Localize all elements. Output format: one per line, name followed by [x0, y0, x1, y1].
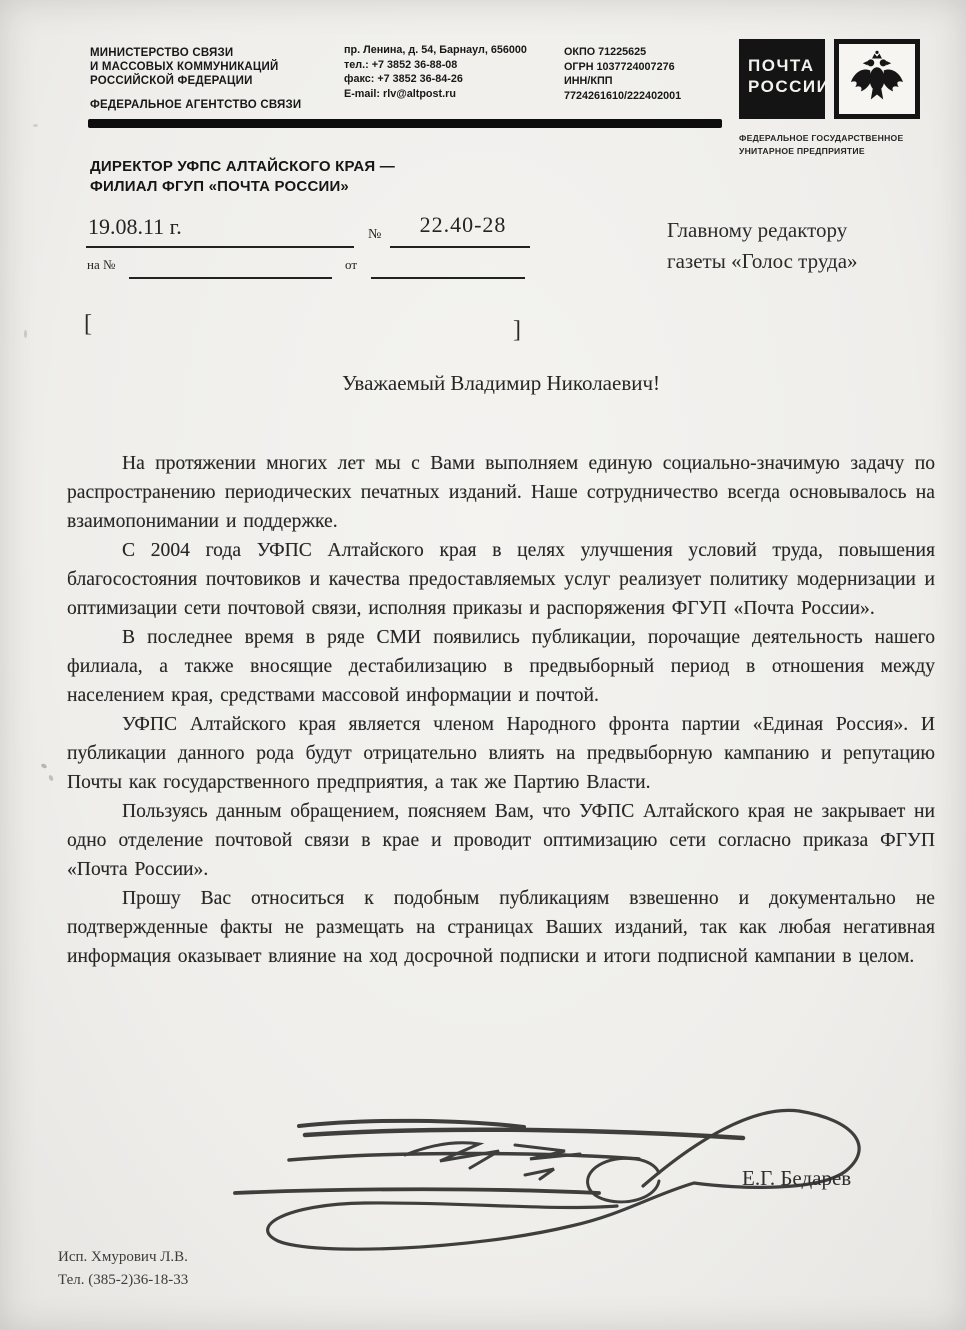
sender-block: ДИРЕКТОР УФПС АЛТАЙСКОГО КРАЯ — ФИЛИАЛ Ф…: [90, 157, 395, 196]
executor-name: Исп. Хмурович Л.В.: [58, 1246, 188, 1269]
ministry-line: РОССИЙСКОЙ ФЕДЕРАЦИИ: [90, 74, 278, 88]
ministry-line: И МАССОВЫХ КОММУНИКАЦИЙ: [90, 60, 278, 74]
recipient-line: газеты «Голос труда»: [667, 246, 858, 277]
executor-block: Исп. Хмурович Л.В. Тел. (385-2)36-18-33: [58, 1246, 188, 1291]
caption-line: ФЕДЕРАЛЬНОЕ ГОСУДАРСТВЕННОЕ: [739, 132, 931, 145]
letter-date: 19.08.11 г.: [88, 214, 182, 240]
ogrn-code: ОГРН 1037724007276: [564, 60, 681, 75]
brand-line: РОССИИ: [748, 76, 825, 97]
codes-block: ОКПО 71225625 ОГРН 1037724007276 ИНН/КПП…: [564, 45, 681, 103]
sender-line: ДИРЕКТОР УФПС АЛТАЙСКОГО КРАЯ —: [90, 157, 395, 177]
pochta-rossii-logo: ПОЧТА РОССИИ: [739, 39, 931, 158]
address-bracket-open: [: [84, 311, 92, 338]
scan-speckle: [33, 124, 38, 127]
pochta-rossii-wordmark: ПОЧТА РОССИИ: [739, 39, 825, 119]
on-number-label: на №: [87, 257, 115, 273]
logo-caption: ФЕДЕРАЛЬНОЕ ГОСУДАРСТВЕННОЕ УНИТАРНОЕ ПР…: [739, 132, 931, 158]
scan-speckle: [40, 763, 47, 769]
header-divider-bar: [88, 119, 722, 128]
body-paragraph: Пользуясь данным обращением, поясняем Ва…: [67, 797, 935, 884]
executor-phone: Тел. (385-2)36-18-33: [58, 1269, 188, 1292]
body-paragraph: Прошу Вас относиться к подобным публикац…: [67, 884, 935, 971]
brand-line: ПОЧТА: [748, 55, 825, 76]
on-number-blank-line: [129, 277, 332, 279]
contact-fax: факс: +7 3852 36-84-26: [344, 72, 527, 87]
letter-number: 22.40-28: [396, 212, 530, 238]
inn-kpp-code: 7724261610/222402001: [564, 89, 681, 104]
from-label: от: [345, 257, 357, 273]
scan-speckle: [24, 330, 27, 338]
salutation: Уважаемый Владимир Николаевич!: [67, 371, 935, 396]
scan-speckle: [48, 774, 54, 781]
signatory-name: Е.Г. Бедарев: [742, 1166, 851, 1191]
scanned-letter-page: МИНИСТЕРСТВО СВЯЗИ И МАССОВЫХ КОММУНИКАЦ…: [0, 0, 966, 1330]
address-bracket-close: ]: [513, 317, 521, 344]
double-eagle-icon: [834, 39, 920, 119]
inn-kpp-label: ИНН/КПП: [564, 74, 681, 89]
recipient-block: Главному редактору газеты «Голос труда»: [667, 215, 858, 277]
body-paragraph: С 2004 года УФПС Алтайского края в целях…: [67, 536, 935, 623]
contact-email: E-mail: rlv@altpost.ru: [344, 87, 527, 102]
caption-line: УНИТАРНОЕ ПРЕДПРИЯТИЕ: [739, 145, 931, 158]
sender-line: ФИЛИАЛ ФГУП «ПОЧТА РОССИИ»: [90, 177, 395, 197]
number-underline: [390, 246, 530, 248]
ministry-line: МИНИСТЕРСТВО СВЯЗИ: [90, 46, 278, 60]
body-paragraph: На протяжении многих лет мы с Вами выпол…: [67, 449, 935, 536]
agency-line: ФЕДЕРАЛЬНОЕ АГЕНТСТВО СВЯЗИ: [90, 99, 301, 111]
ministry-block: МИНИСТЕРСТВО СВЯЗИ И МАССОВЫХ КОММУНИКАЦ…: [90, 46, 278, 88]
body-paragraph: В последнее время в ряде СМИ появились п…: [67, 623, 935, 710]
body-paragraph: УФПС Алтайского края является членом Нар…: [67, 710, 935, 797]
number-sign-label: №: [368, 227, 381, 243]
contact-address: пр. Ленина, д. 54, Барнаул, 656000: [344, 43, 527, 58]
recipient-line: Главному редактору: [667, 215, 858, 246]
okpo-code: ОКПО 71225625: [564, 45, 681, 60]
contact-block: пр. Ленина, д. 54, Барнаул, 656000 тел.:…: [344, 43, 527, 101]
from-blank-line: [371, 277, 525, 279]
letter-body: На протяжении многих лет мы с Вами выпол…: [67, 449, 935, 971]
date-underline: [86, 246, 354, 248]
contact-phone: тел.: +7 3852 36-88-08: [344, 58, 527, 73]
